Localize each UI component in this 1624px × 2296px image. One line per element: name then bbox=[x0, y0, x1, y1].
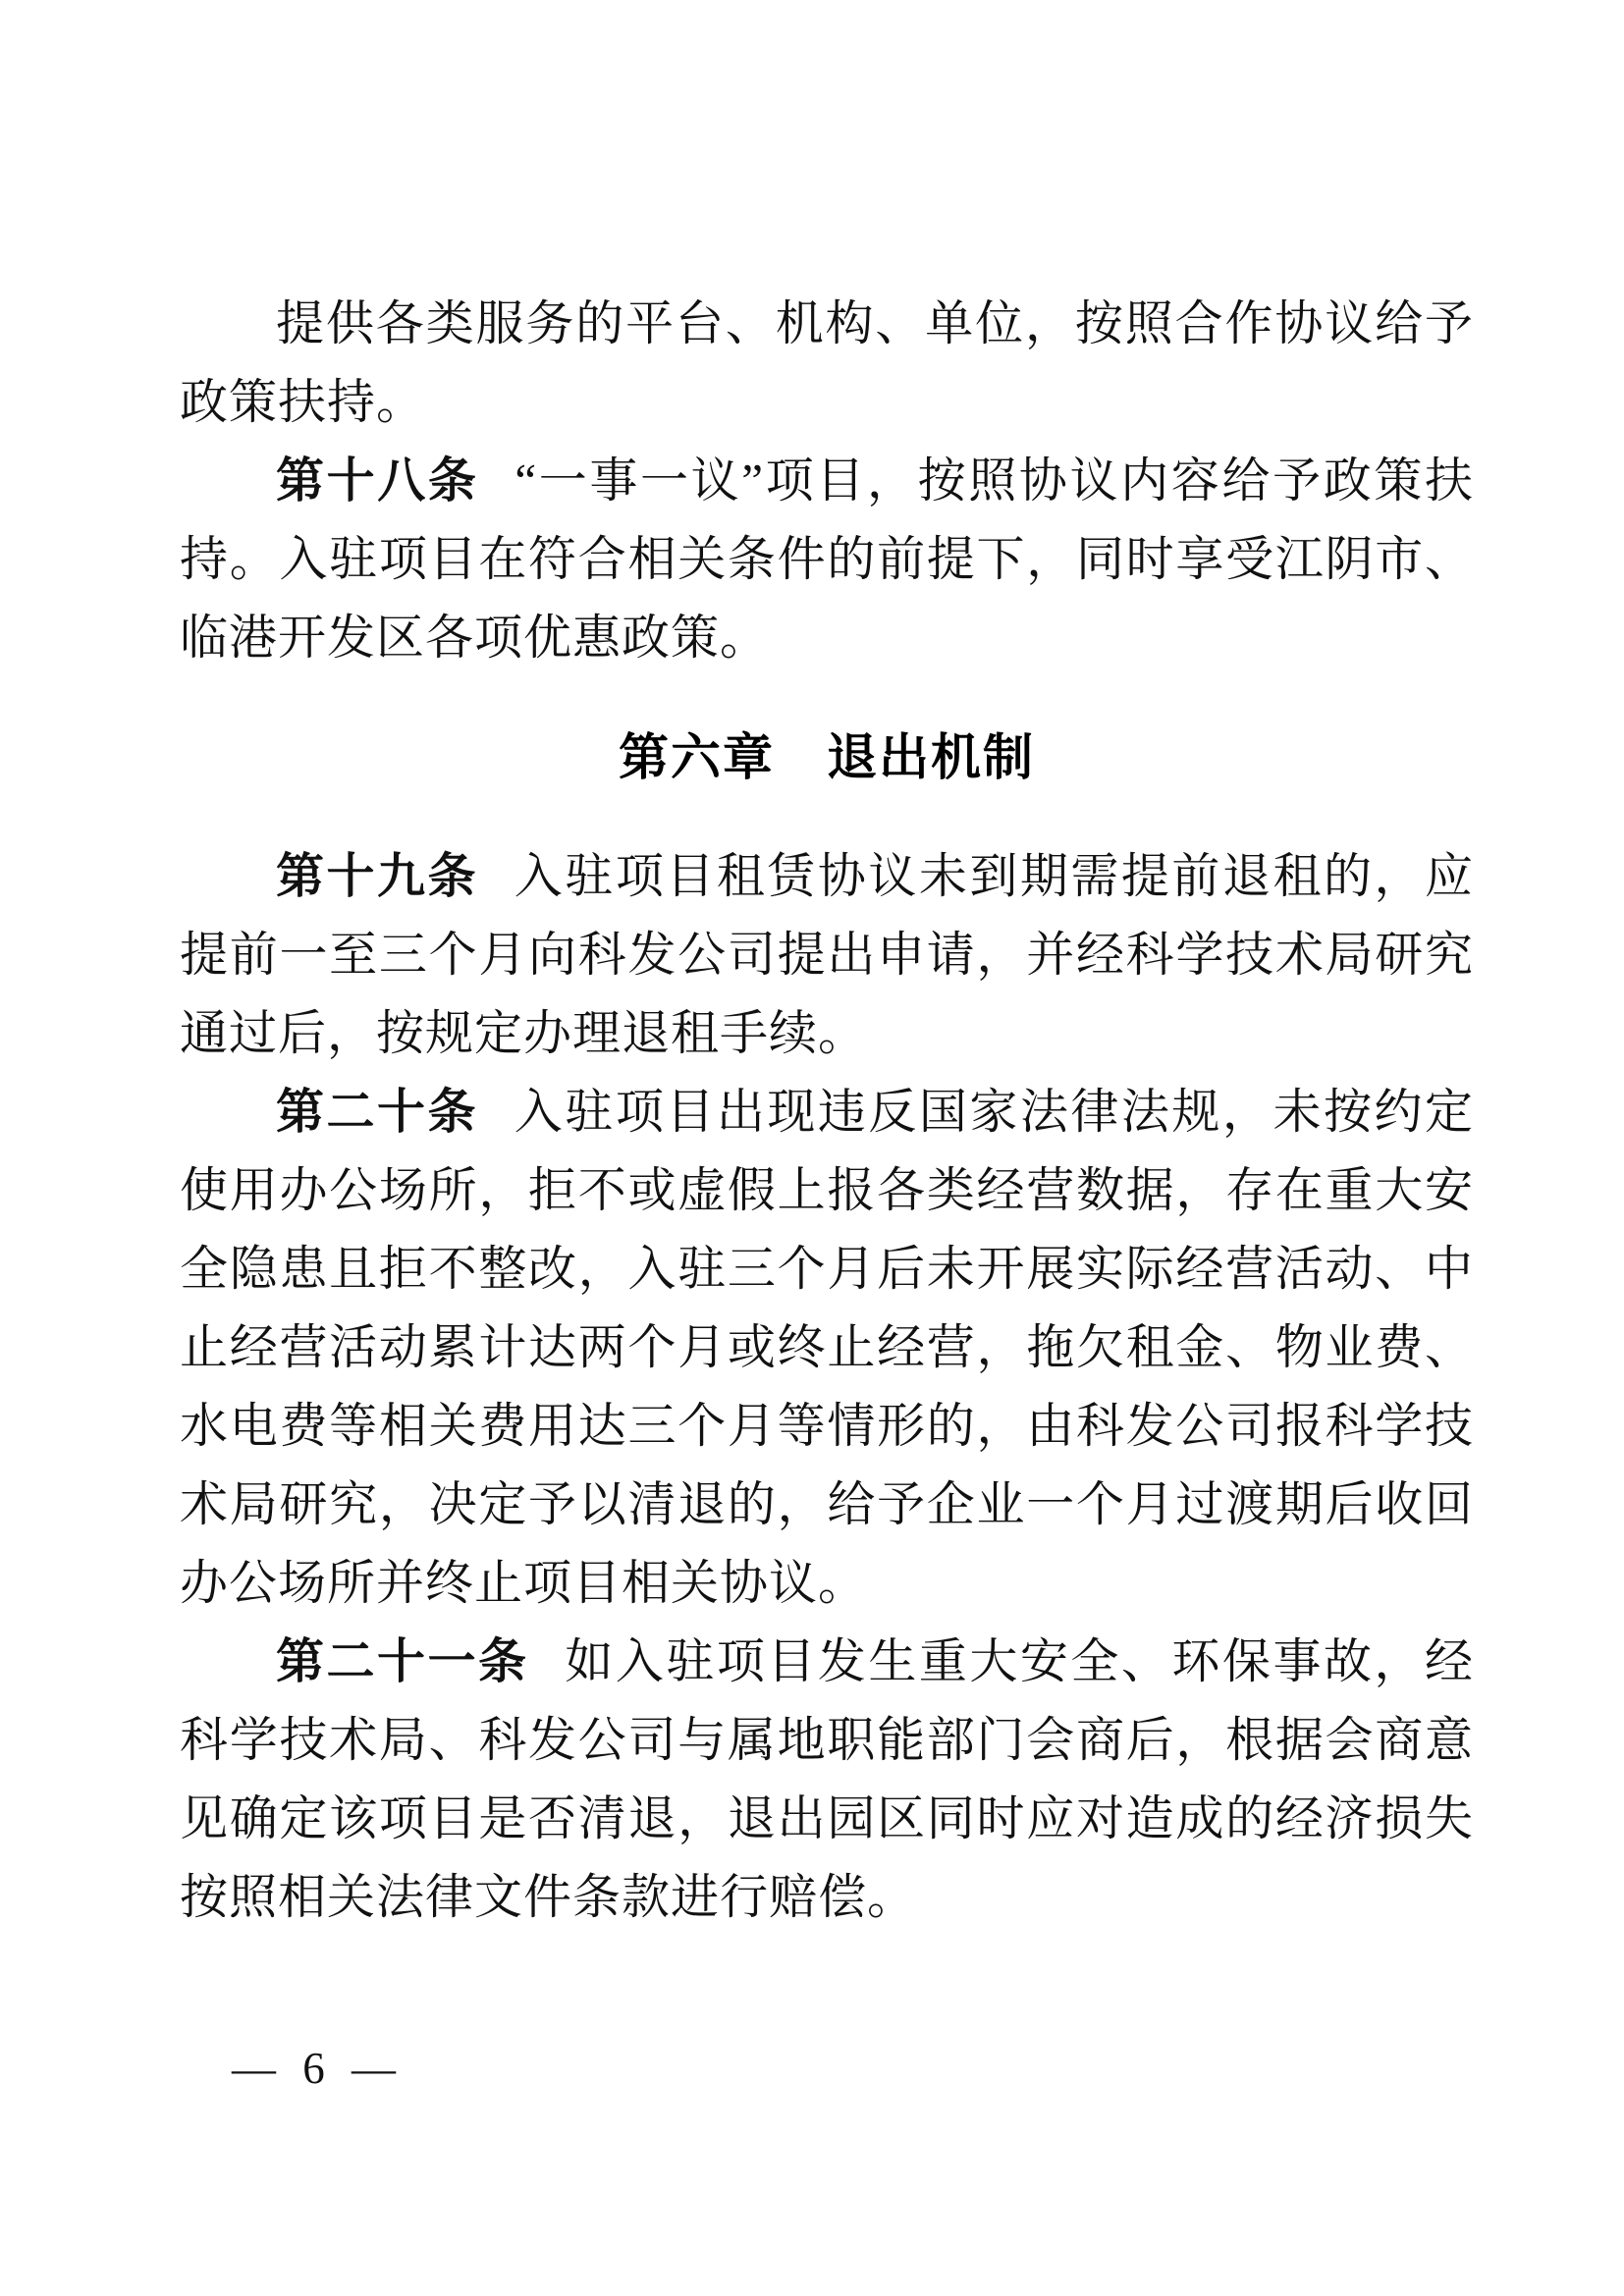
chapter-heading: 第六章 退出机制 bbox=[180, 719, 1474, 797]
article-20-label: 第二十条 bbox=[276, 1085, 478, 1139]
paragraph-continuation: 提供各类服务的平台、机构、单位，按照合作协议给予政策扶持。 bbox=[180, 285, 1474, 442]
paragraph-text: 入驻项目出现违反国家法律法规，未按约定使用办公场所，拒不或虚假上报各类经营数据，… bbox=[180, 1085, 1474, 1610]
document-page: 提供各类服务的平台、机构、单位，按照合作协议给予政策扶持。 第十八条“一事一议”… bbox=[0, 0, 1624, 2296]
article-19-label: 第十九条 bbox=[276, 849, 478, 903]
page-number-text: — 6 — bbox=[232, 2044, 396, 2093]
document-body: 提供各类服务的平台、机构、单位，按照合作协议给予政策扶持。 第十八条“一事一议”… bbox=[180, 285, 1474, 1937]
article-21-label: 第二十一条 bbox=[276, 1634, 529, 1688]
article-18-label: 第十八条 bbox=[276, 454, 479, 507]
paragraph-text: 提供各类服务的平台、机构、单位，按照合作协议给予政策扶持。 bbox=[180, 296, 1474, 429]
paragraph-article-21: 第二十一条如入驻项目发生重大安全、环保事故，经科学技术局、科发公司与属地职能部门… bbox=[180, 1623, 1474, 1937]
paragraph-article-18: 第十八条“一事一议”项目，按照协议内容给予政策扶持。入驻项目在符合相关条件的前提… bbox=[180, 442, 1474, 677]
paragraph-article-19: 第十九条入驻项目租赁协议未到期需提前退租的，应提前一至三个月向科发公司提出申请，… bbox=[180, 837, 1474, 1073]
page-number: — 6 — bbox=[232, 2044, 396, 2093]
paragraph-article-20: 第二十条入驻项目出现违反国家法律法规，未按约定使用办公场所，拒不或虚假上报各类经… bbox=[180, 1073, 1474, 1623]
